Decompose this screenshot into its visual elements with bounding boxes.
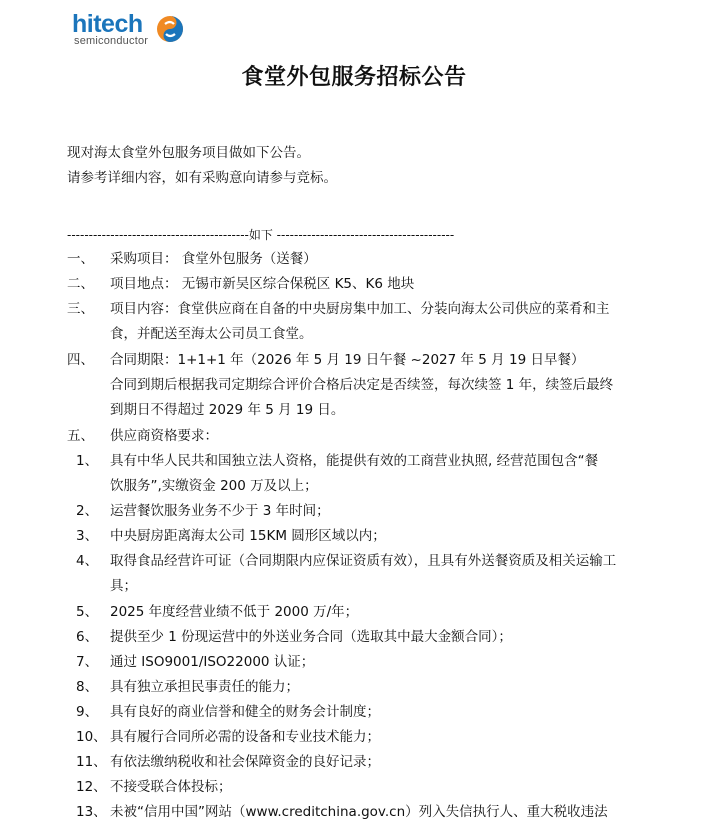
requirement-number: 10、 xyxy=(76,727,107,747)
requirement-text: 具； xyxy=(110,576,137,596)
company-logo: hitech semiconductor xyxy=(72,14,187,48)
requirement-number: 13、 xyxy=(76,802,107,822)
requirement-text: 具有中华人民共和国独立法人资格，能提供有效的工商营业执照, 经营范围包含“餐 xyxy=(110,451,598,471)
section-number: 三、 xyxy=(67,299,94,319)
requirement-text: 中央厨房距离海太公司 15KM 圆形区域以内； xyxy=(110,526,386,546)
requirement-text: 未被“信用中国”网站（www.creditchina.gov.cn）列入失信执行… xyxy=(110,802,608,822)
requirement-text: 具有良好的商业信誉和健全的财务会计制度； xyxy=(110,702,380,722)
section-text: 供应商资格要求： xyxy=(110,426,218,446)
requirement-text: 2025 年度经营业绩不低于 2000 万/年； xyxy=(110,602,358,622)
section-text: 合同到期后根据我司定期综合评价合格后决定是否续签，每次续签 1 年，续签后最终 xyxy=(110,375,613,395)
requirement-text: 取得食品经营许可证（合同期限内应保证资质有效），且具有外送餐资质及相关运输工 xyxy=(110,551,616,571)
section-divider: ----------------------------------------… xyxy=(67,226,454,244)
section-text: 采购项目： 食堂外包服务（送餐） xyxy=(110,249,317,269)
section-text: 食，并配送至海太公司员工食堂。 xyxy=(110,324,313,344)
section-text: 项目地点： 无锡市新吴区综合保税区 K5、K6 地块 xyxy=(110,274,414,294)
requirement-number: 12、 xyxy=(76,777,107,797)
requirement-number: 8、 xyxy=(76,677,98,697)
requirement-number: 9、 xyxy=(76,702,98,722)
requirement-text: 运营餐饮服务业务不少于 3 年时间； xyxy=(110,501,330,521)
requirement-text: 有依法缴纳税收和社会保障资金的良好记录； xyxy=(110,752,380,772)
requirement-text: 饮服务”,实缴资金 200 万及以上； xyxy=(110,476,318,496)
intro-line: 现对海太食堂外包服务项目做如下公告。 xyxy=(67,143,310,163)
requirement-number: 4、 xyxy=(76,551,98,571)
logo-subtitle: semiconductor xyxy=(74,35,148,48)
requirement-number: 6、 xyxy=(76,627,98,647)
section-number: 四、 xyxy=(67,350,94,370)
requirement-text: 提供至少 1 份现运营中的外送业务合同（选取其中最大金额合同）； xyxy=(110,627,512,647)
section-text: 合同期限：1+1+1 年（2026 年 5 月 19 日午餐 ~2027 年 5… xyxy=(110,350,584,370)
section-text: 项目内容：食堂供应商在自备的中央厨房集中加工、分装向海太公司供应的菜肴和主 xyxy=(110,299,610,319)
requirement-text: 具有履行合同所必需的设备和专业技术能力； xyxy=(110,727,380,747)
logo-wordmark: hitech xyxy=(72,10,143,38)
requirement-number: 5、 xyxy=(76,602,98,622)
section-text: 到期日不得超过 2029 年 5 月 19 日。 xyxy=(110,400,344,420)
page-title: 食堂外包服务招标公告 xyxy=(0,63,708,93)
requirement-number: 11、 xyxy=(76,752,107,772)
logo-swirl-icon xyxy=(156,15,184,43)
section-number: 五、 xyxy=(67,426,94,446)
requirement-text: 通过 ISO9001/ISO22000 认证； xyxy=(110,652,314,672)
requirement-number: 7、 xyxy=(76,652,98,672)
intro-line: 请参考详细内容，如有采购意向请参与竞标。 xyxy=(67,168,337,188)
requirement-number: 1、 xyxy=(76,451,98,471)
requirement-number: 3、 xyxy=(76,526,98,546)
requirement-number: 2、 xyxy=(76,501,98,521)
requirement-text: 不接受联合体投标； xyxy=(110,777,232,797)
section-number: 二、 xyxy=(67,274,94,294)
section-number: 一、 xyxy=(67,249,94,269)
requirement-text: 具有独立承担民事责任的能力； xyxy=(110,677,299,697)
